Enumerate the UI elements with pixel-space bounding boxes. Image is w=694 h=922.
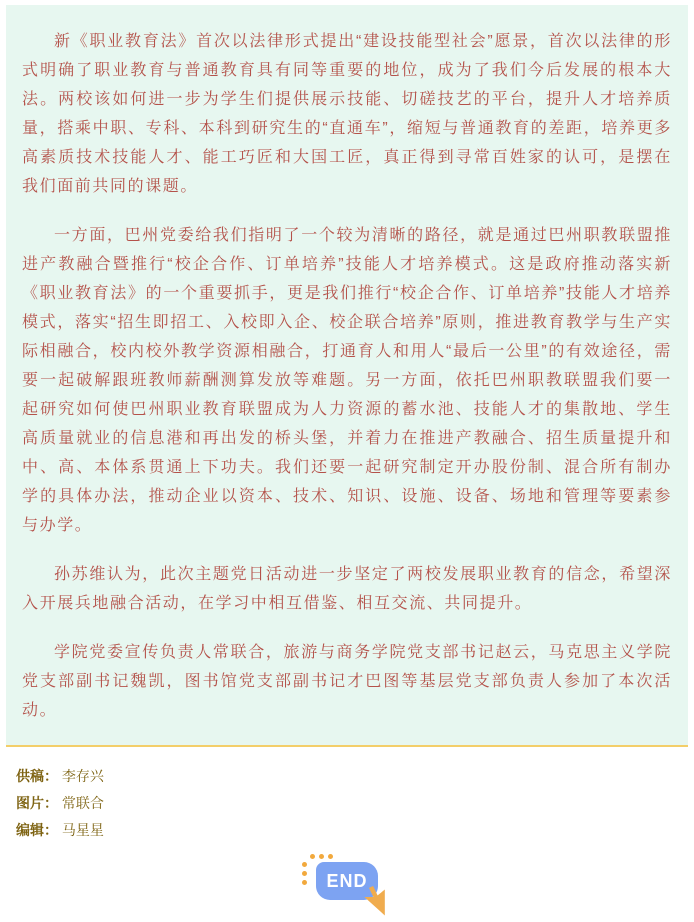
end-badge-label: END xyxy=(326,871,367,892)
cursor-arrow-icon xyxy=(364,886,392,916)
article-page: 新《职业教育法》首次以法律形式提出“建设技能型社会”愿景，首次以法律的形式明确了… xyxy=(0,5,694,922)
credit-value: 马星星 xyxy=(62,822,104,838)
credits-block: 供稿： 李存兴 图片： 常联合 编辑： 马星星 xyxy=(0,747,694,844)
credit-label: 编辑： xyxy=(16,822,58,838)
body-paragraph-3: 孙苏维认为，此次主题党日活动进一步坚定了两校发展职业教育的信念，希望深入开展兵地… xyxy=(22,560,672,618)
body-paragraph-2: 一方面，巴州党委给我们指明了一个较为清晰的路径，就是通过巴州职教联盟推进产教融合… xyxy=(22,221,672,540)
credit-row-editor: 编辑： 马星星 xyxy=(16,817,694,844)
credit-row-photo: 图片： 常联合 xyxy=(16,790,694,817)
body-paragraph-4: 学院党委宣传负责人常联合，旅游与商务学院党支部书记赵云，马克思主义学院党支部副书… xyxy=(22,638,672,725)
credit-label: 图片： xyxy=(16,795,58,811)
credit-label: 供稿： xyxy=(16,768,58,784)
body-paragraph-1: 新《职业教育法》首次以法律形式提出“建设技能型社会”愿景，首次以法律的形式明确了… xyxy=(22,27,672,201)
end-badge-group: END xyxy=(292,850,402,922)
credit-value: 常联合 xyxy=(62,795,104,811)
credit-row-contributor: 供稿： 李存兴 xyxy=(16,763,694,790)
credit-value: 李存兴 xyxy=(62,768,104,784)
article-card: 新《职业教育法》首次以法律形式提出“建设技能型社会”愿景，首次以法律的形式明确了… xyxy=(6,5,688,745)
